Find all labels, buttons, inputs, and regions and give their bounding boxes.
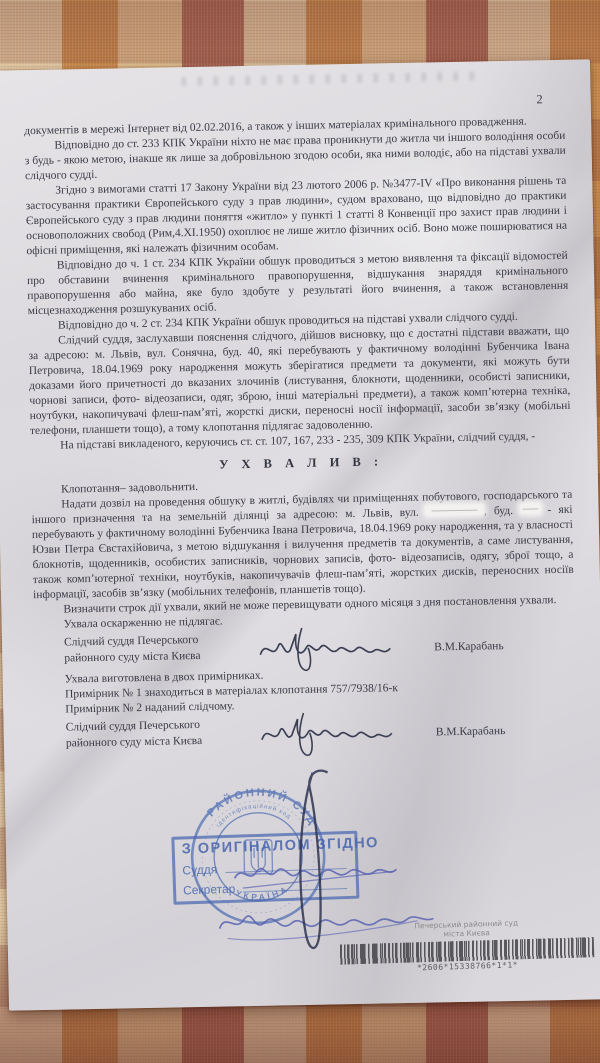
redaction-mark <box>520 503 540 513</box>
document-paragraph: Відповідно до ч. 1 ст. 234 КПК України о… <box>27 249 569 319</box>
signer-name: В.М.Карабань <box>434 639 504 655</box>
judge-ink-signature-icon <box>255 705 406 760</box>
judge-label: Суддя <box>182 862 217 877</box>
ruling-heading: У Х В А Л И В : <box>31 451 572 476</box>
court-ruling-page: 2 документів в мережі Інтернет від 02.02… <box>0 59 600 1010</box>
secretary-label: Секретар <box>183 882 236 898</box>
svg-text:ідентифікаційний код: ідентифікаційний код <box>215 802 292 829</box>
judge-ink-signature-icon <box>254 620 405 675</box>
court-round-stamp-icon: РАЙОННИЙ СУД ідентифікаційний код УКРАЇН… <box>182 780 335 933</box>
document-body: документів в мережі Інтернет від 02.02.2… <box>0 59 600 758</box>
trident-emblem-icon <box>244 840 273 875</box>
document-paragraph: Згідно з вимогами статті 17 Закону Украї… <box>25 174 567 259</box>
barcode-block: Печерський районний суд міста Києва *260… <box>337 916 596 975</box>
signer-name: В.М.Карабань <box>436 724 506 740</box>
document-paragraph: Надати дозвіл на проведення обшуку в жит… <box>31 488 574 603</box>
signature-block: Слідчий суддя Печерського районного суду… <box>65 710 577 756</box>
document-paragraph: Слідчий суддя, заслухавши пояснення слід… <box>28 324 571 439</box>
stamp-judge-signature-icon <box>234 866 396 878</box>
judge-signature-line <box>225 868 346 873</box>
secretary-signature-line <box>243 888 347 892</box>
round-stamp-mid-text: ідентифікаційний код <box>215 802 292 829</box>
round-stamp-bottom-text: УКРАЇНА <box>234 883 291 902</box>
svg-text:УКРАЇНА: УКРАЇНА <box>234 883 291 902</box>
svg-text:РАЙОННИЙ СУД: РАЙОННИЙ СУД <box>205 785 320 830</box>
redaction-mark <box>426 504 484 515</box>
certified-copy-title: З ОРИГІНАЛОМ ЗГІДНО <box>181 836 347 857</box>
pen-stroke-loop <box>298 770 330 948</box>
round-stamp-top-text: РАЙОННИЙ СУД <box>205 785 320 830</box>
certified-copy-stamp: З ОРИГІНАЛОМ ЗГІДНО Суддя Секретар <box>171 831 359 905</box>
